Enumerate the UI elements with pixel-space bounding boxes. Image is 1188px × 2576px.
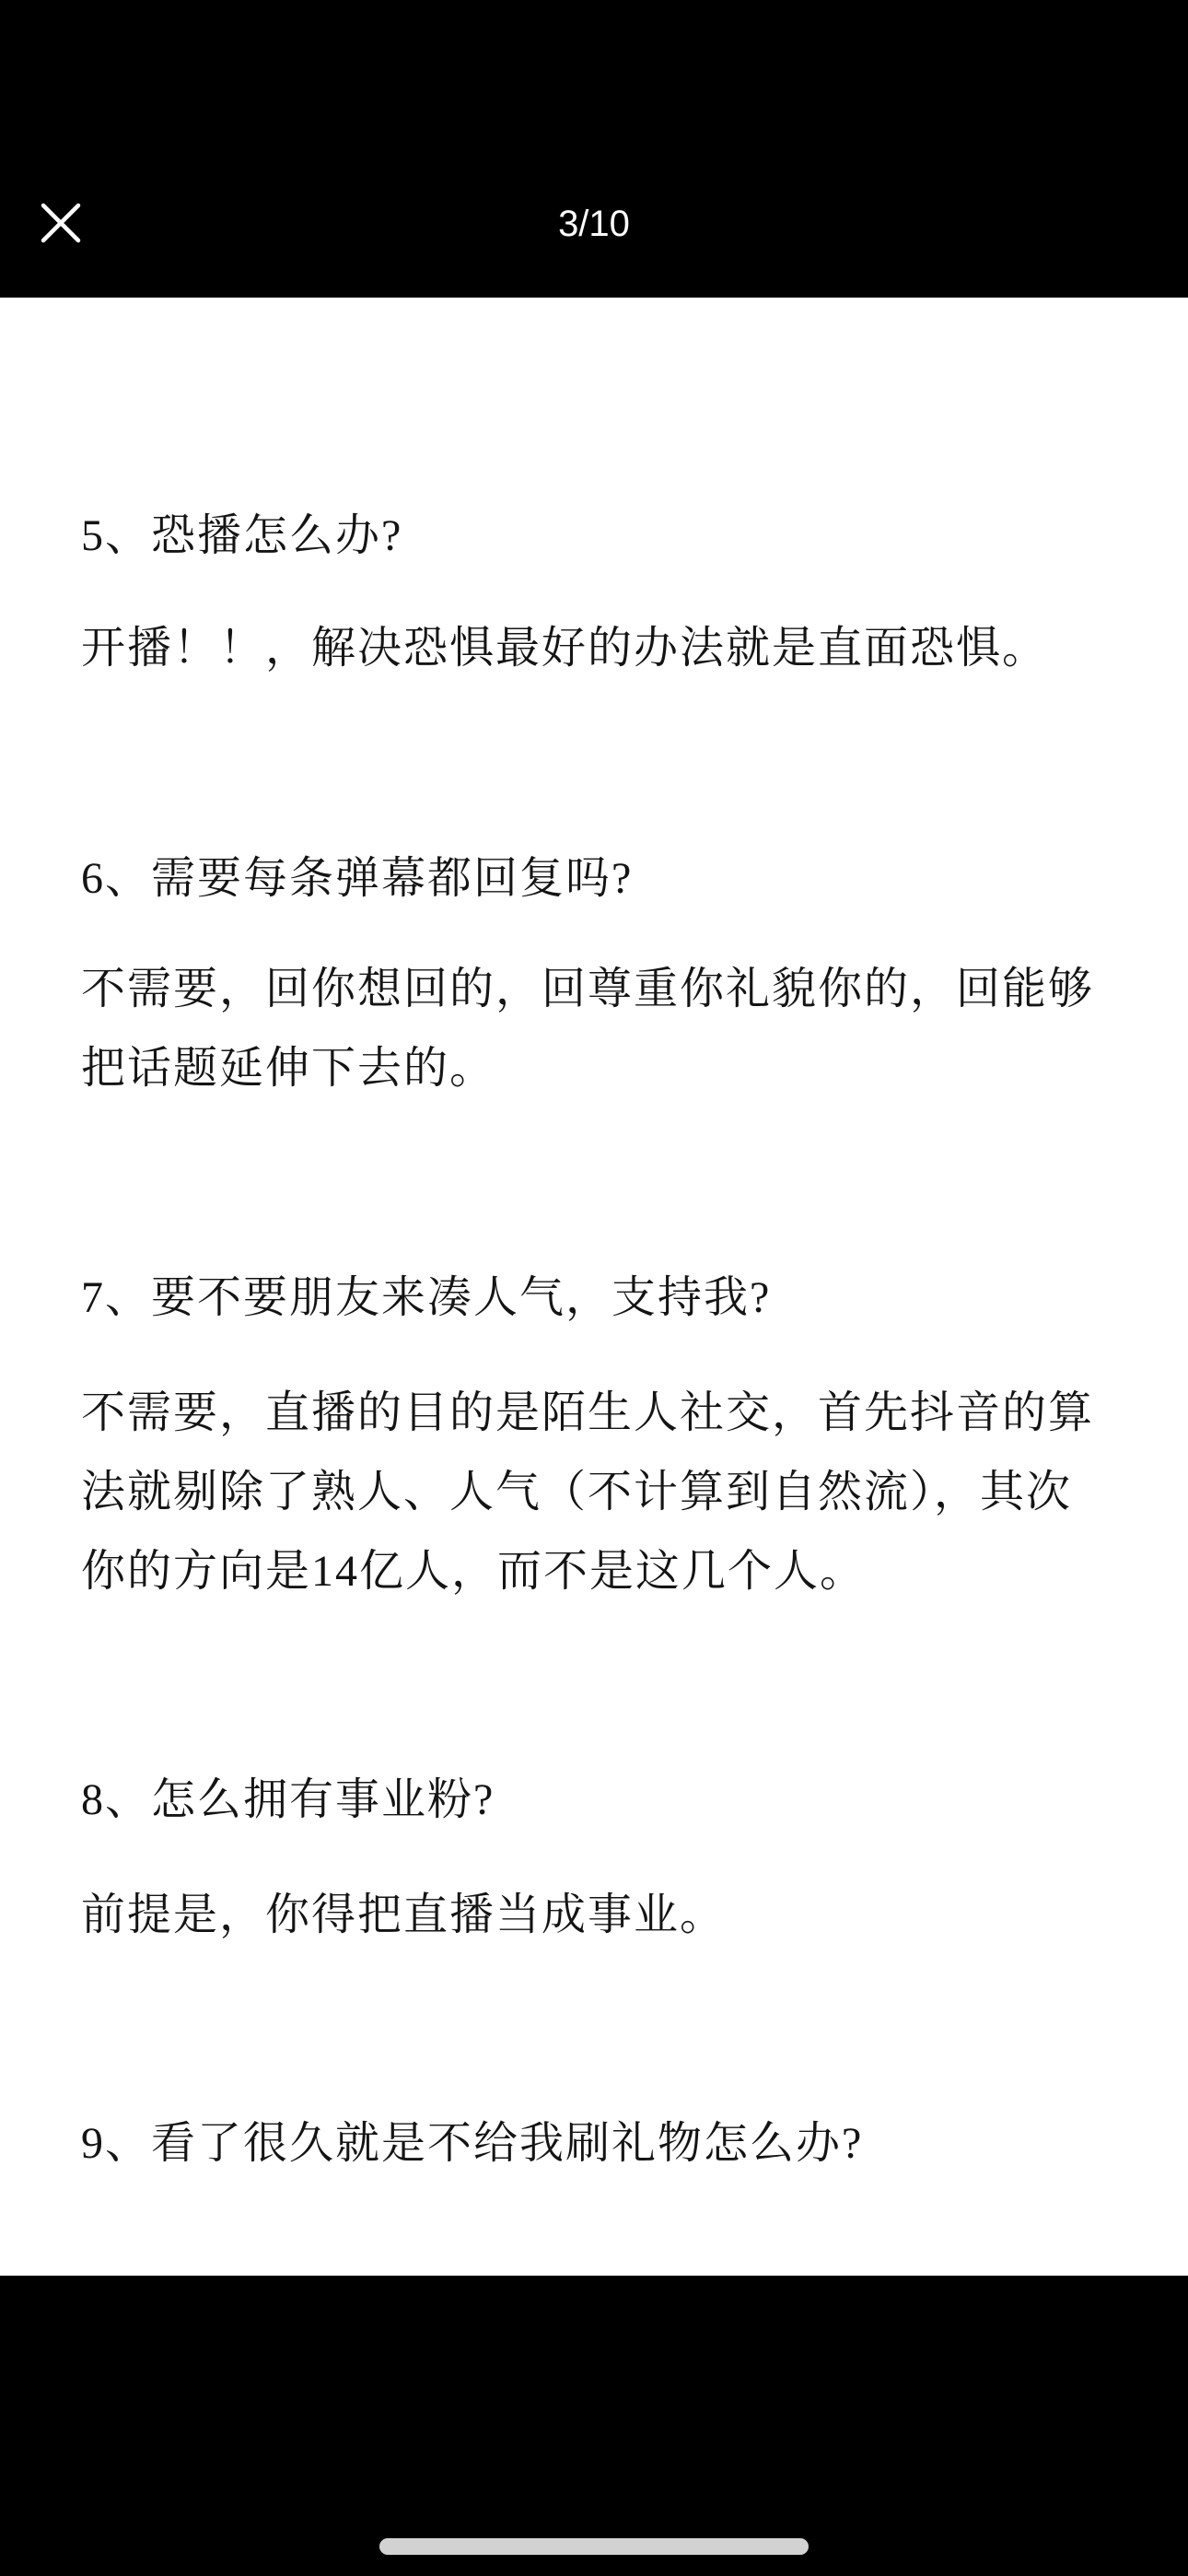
question-6-answer: 不需要，回你想回的，回尊重你礼貌你的，回能够 把话题延伸下去的。 — [81, 950, 1114, 1108]
question-7-answer: 不需要，直播的目的是陌生人社交，首先抖音的算 法就剔除了熟人、人气（不计算到自然… — [81, 1374, 1114, 1611]
question-5-heading: 5、恐播怎么办? — [81, 510, 1114, 562]
question-8-answer: 前提是，你得把直播当成事业。 — [81, 1876, 1114, 1955]
question-8-heading: 8、怎么拥有事业粉? — [81, 1774, 1114, 1826]
question-7-heading: 7、要不要朋友来凑人气，支持我? — [81, 1272, 1114, 1324]
question-5-answer: 开播！！，解决恐惧最好的办法就是直面恐惧。 — [81, 609, 1114, 688]
note-image[interactable]: 5、恐播怎么办? 开播！！，解决恐惧最好的办法就是直面恐惧。 6、需要每条弹幕都… — [0, 298, 1188, 2276]
image-viewer-screen: 3/10 5、恐播怎么办? 开播！！，解决恐惧最好的办法就是直面恐惧。 6、需要… — [0, 0, 1188, 2576]
home-indicator[interactable] — [379, 2538, 809, 2555]
question-6-heading: 6、需要每条弹幕都回复吗? — [81, 853, 1114, 905]
page-indicator: 3/10 — [0, 202, 1188, 246]
question-9-heading: 9、看了很久就是不给我刷礼物怎么办? — [81, 2118, 1114, 2170]
